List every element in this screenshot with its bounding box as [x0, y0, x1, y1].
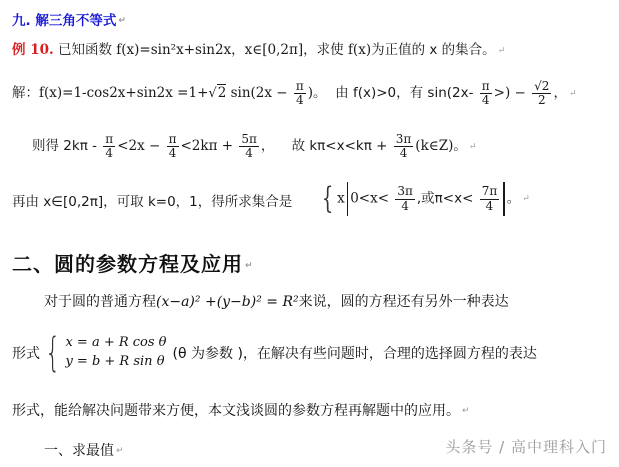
- denominator: 4: [399, 200, 411, 213]
- sin-expression: sin(2x −: [231, 85, 288, 101]
- solution-line-3: 再由 x∈[0,2π]，可取 k=0，1，得所求集合是: [12, 190, 292, 210]
- paragraph-3: 形式，能给解决问题带来方便，本文浅谈圆的参数方程再解题中的应用。↵: [12, 400, 470, 420]
- section-heading-text: 二、圆的参数方程及应用: [12, 252, 243, 276]
- fraction-7pi-over-4: 7π4: [480, 185, 500, 212]
- numerator: 3π: [394, 133, 414, 147]
- inequality-mid: <2x −: [117, 138, 160, 154]
- fraction-5pi-over-4: 5π4: [239, 133, 259, 160]
- para2-text-a: 形式: [12, 343, 40, 363]
- solution-line-1: 解：f(x)=1-cos2x+sin2x =1+√2 sin(2x − π4)。…: [12, 80, 576, 107]
- set-condition-2: ,或π<x<: [417, 191, 474, 207]
- sqrt-radicand: 2: [217, 84, 227, 101]
- paragraph-2: 形式 { x = a + R cos θ y = b + R sin θ (θ …: [12, 333, 537, 373]
- parameter-note: (θ 为参数 )，: [173, 343, 257, 363]
- section-title: 九. 解三角不等式↵: [12, 9, 126, 29]
- fraction-pi-over-4: π4: [103, 133, 115, 160]
- numerator: π: [480, 80, 492, 94]
- denominator: 4: [294, 94, 306, 107]
- paragraph-mark-icon: ↵: [569, 89, 577, 99]
- statement-tail: 为正值的 x 的集合。: [371, 42, 496, 58]
- right-bar: [503, 182, 505, 216]
- fraction-pi-over-4: π4: [294, 80, 306, 107]
- paragraph-mark-icon: ↵: [469, 142, 477, 152]
- inequality: >) −: [494, 85, 526, 101]
- fraction-3pi-over-4: 3π4: [395, 185, 415, 212]
- subsection-heading-text: 一、求最值: [44, 443, 114, 459]
- section-title-text: 九. 解三角不等式: [12, 13, 116, 29]
- system-line-x: x = a + R cos θ: [65, 334, 166, 353]
- inequality-mid: <2kπ +: [181, 138, 234, 154]
- period: 。: [507, 191, 521, 207]
- paragraph-mark-icon: ↵: [522, 194, 530, 204]
- k-in-z: (k∈Z)。: [415, 138, 467, 154]
- para1-text-a: 对于圆的普通方程: [44, 294, 156, 310]
- example-label: 例 10.: [12, 42, 54, 58]
- condition-text: 由 f(x)>0，有 sin(2x-: [335, 85, 473, 101]
- therefore-text: 故 kπ<x<kπ +: [292, 138, 388, 154]
- denominator: 4: [484, 200, 496, 213]
- example-statement: 例 10. 已知函数 f(x)=sin²x+sin2x，x∈[0,2π]，求使 …: [12, 38, 505, 58]
- solution-set: {x0<x< 3π4,或π<x< 7π4。↵: [318, 182, 530, 216]
- numerator: 3π: [395, 185, 415, 199]
- paragraph-mark-icon: ↵: [118, 16, 126, 26]
- subsection-heading: 一、求最值↵: [44, 440, 124, 460]
- statement-mid: 求使: [317, 42, 344, 58]
- numerator: π: [167, 133, 179, 147]
- then-text: 则得 2kπ -: [32, 138, 97, 154]
- fraction-pi-over-4: π4: [167, 133, 179, 160]
- paragraph-1: 对于圆的普通方程(x−a)² +(y−b)² = R²来说，圆的方程还有另外一种…: [44, 291, 509, 311]
- set-condition-1: 0<x<: [350, 191, 389, 207]
- numerator: π: [103, 133, 115, 147]
- para2-text-b: 在解决有些问题时，合理的选择圆方程的表达: [257, 343, 537, 363]
- circle-equation: (x−a)² +(y−b)² = R²: [156, 294, 299, 310]
- fx: f(x): [348, 42, 371, 58]
- fraction-pi-over-4: π4: [480, 80, 492, 107]
- paragraph-mark-icon: ↵: [498, 46, 506, 56]
- numerator: π: [294, 80, 306, 94]
- set-variable: x: [337, 191, 345, 207]
- function-def: f(x)=sin²x+sin2x，x∈[0,2π]，: [116, 42, 316, 58]
- paragraph-mark-icon: ↵: [462, 406, 470, 416]
- sqrt-icon: √: [208, 86, 216, 101]
- solution-set-text: 再由 x∈[0,2π]，可取 k=0，1，得所求集合是: [12, 194, 292, 210]
- denominator: 4: [103, 147, 115, 160]
- solution-prefix: 解：f(x)=1-cos2x+sin2x =1+: [12, 85, 208, 101]
- left-brace-icon: {: [322, 184, 333, 214]
- set-divider: [347, 182, 349, 216]
- denominator: 4: [167, 147, 179, 160]
- fraction-sqrt2-over-2: √22: [532, 80, 551, 107]
- para1-text-b: 来说，圆的方程还有另外一种表达: [299, 294, 509, 310]
- left-brace-icon: {: [45, 333, 60, 373]
- denominator: 2: [536, 94, 548, 107]
- comma: ，: [553, 85, 567, 101]
- denominator: 4: [243, 147, 255, 160]
- close-paren: )。: [308, 85, 327, 101]
- paragraph-mark-icon: ↵: [116, 446, 124, 456]
- numerator: 5π: [239, 133, 259, 147]
- system-line-y: y = b + R sin θ: [65, 353, 166, 372]
- comma: ，: [261, 138, 275, 154]
- denominator: 4: [480, 94, 492, 107]
- para3-text: 形式，能给解决问题带来方便，本文浅谈圆的参数方程再解题中的应用。: [12, 403, 460, 419]
- numerator: √2: [532, 80, 551, 94]
- denominator: 4: [398, 147, 410, 160]
- solution-line-2: 则得 2kπ - π4<2x − π4<2kπ + 5π4， 故 kπ<x<kπ…: [32, 133, 476, 160]
- section-heading: 二、圆的参数方程及应用↵: [12, 248, 254, 277]
- paragraph-mark-icon: ↵: [245, 261, 254, 271]
- fraction-3pi-over-4: 3π4: [394, 133, 414, 160]
- watermark: 头条号 / 高中理科入门: [445, 436, 607, 457]
- parametric-system: x = a + R cos θ y = b + R sin θ: [65, 334, 166, 372]
- numerator: 7π: [480, 185, 500, 199]
- statement-prefix: 已知函数: [58, 42, 112, 58]
